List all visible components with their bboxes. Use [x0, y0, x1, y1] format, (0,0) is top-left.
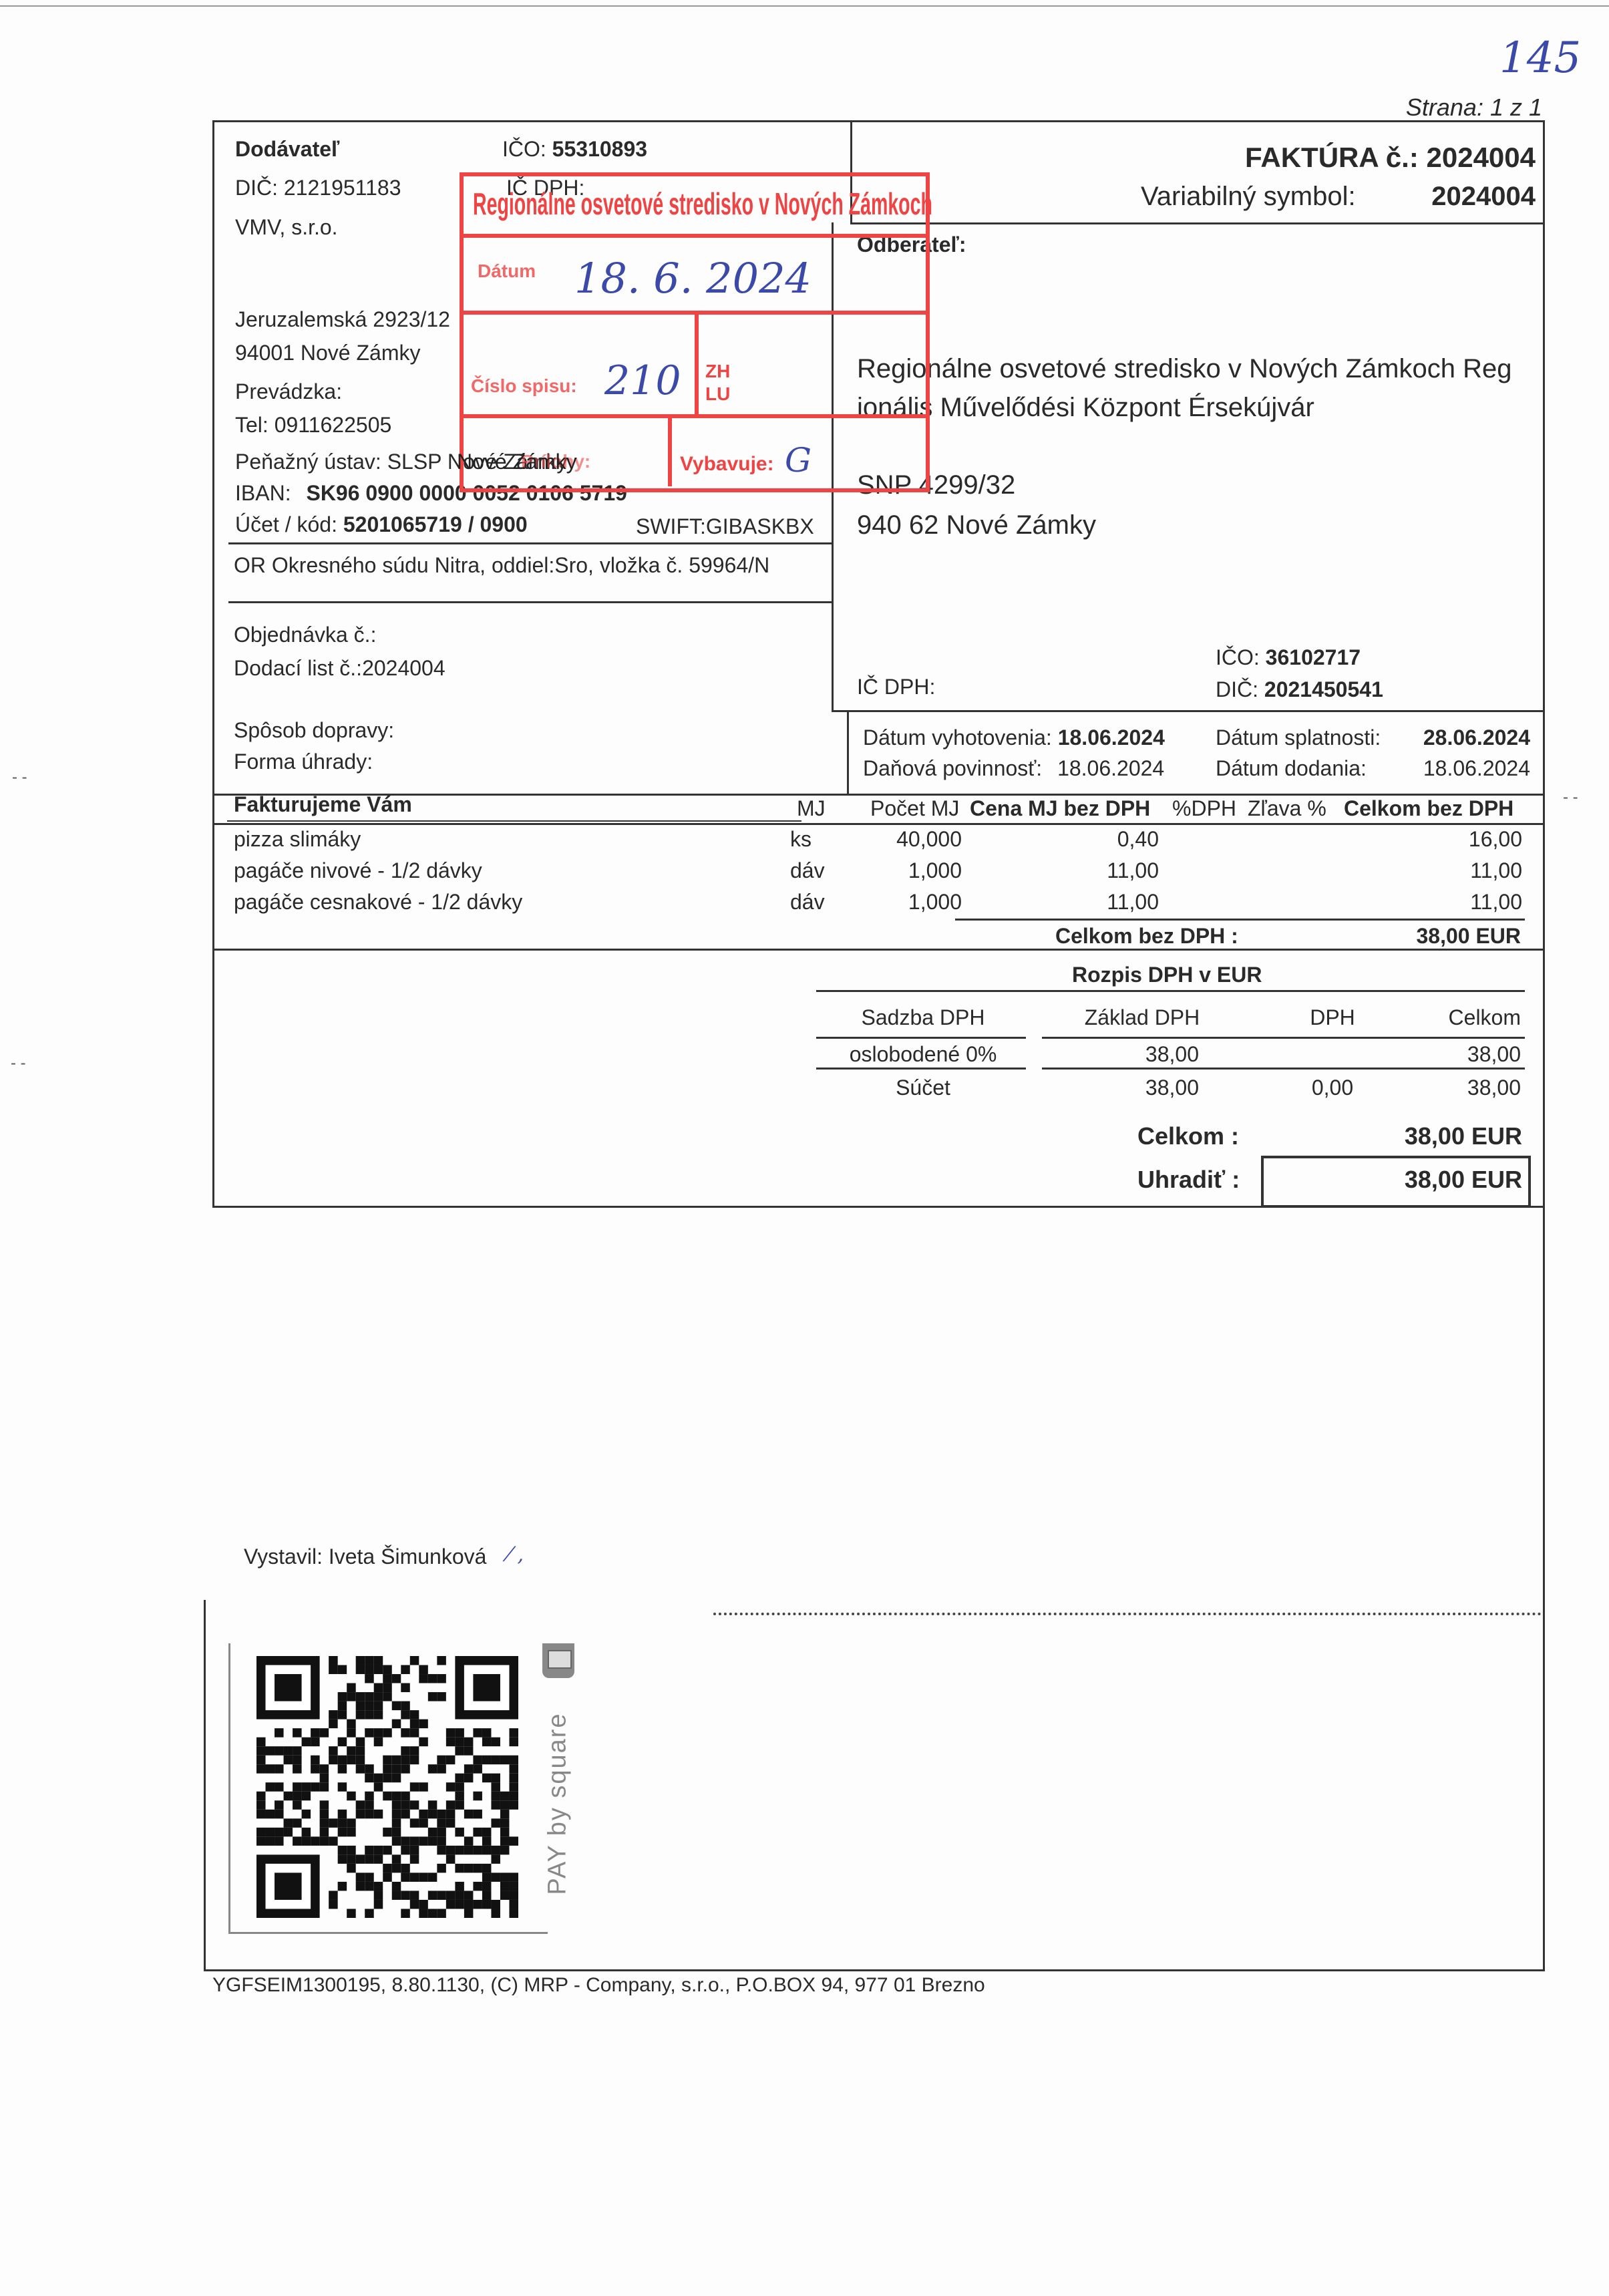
signature-line: [713, 1613, 1542, 1615]
stamp-vline-2: [668, 414, 672, 486]
items-bottom-line: [214, 949, 1545, 951]
stamp-line-1: [460, 234, 926, 238]
vat-header-total: Celkom: [1449, 1005, 1521, 1030]
items-header-discount: Zľava %: [1248, 796, 1326, 821]
header-bottom-line: [850, 222, 1545, 224]
item-description: pagáče nivové - 1/2 dávky: [234, 858, 482, 883]
item-unit-price: 11,00: [1029, 890, 1159, 915]
stamp-code-line2: LU: [705, 383, 730, 405]
frame-bottom: [204, 1969, 1545, 1971]
frame-left: [212, 120, 214, 1208]
variable-symbol-value[interactable]: 2024004: [1431, 182, 1536, 212]
totals-bottom-line: [214, 1206, 1545, 1208]
item-unit-price: 11,00: [1029, 858, 1159, 883]
customer-ico: IČO: 36102717: [1216, 645, 1361, 670]
grand-total-value: 38,00 EUR: [1405, 1122, 1522, 1150]
vat-title-underline: [816, 990, 1525, 992]
date-delivery-label: Dátum dodania:: [1216, 756, 1367, 781]
date-tax: Daňová povinnosť: 18.06.2024: [863, 756, 1164, 781]
customer-ic-dph: IČ DPH:: [857, 675, 935, 699]
item-qty: 1,000: [868, 890, 962, 915]
iban-label: IBAN:: [235, 481, 291, 505]
delivery-note: Dodací list č.:2024004: [234, 656, 445, 681]
stamp-organization: Regionálne osvetové stredisko v Nových Z…: [473, 186, 932, 222]
customer-name-line1: Regionálne osvetové stredisko v Nových Z…: [857, 354, 1511, 384]
vat-header-line-right: [1042, 1037, 1525, 1039]
items-header-vat: %DPH: [1172, 796, 1236, 821]
supplier-street: Jeruzalemská 2923/12: [235, 307, 450, 332]
grand-total-label: Celkom :: [1137, 1122, 1239, 1150]
items-header-unit-price: Cena MJ bez DPH: [970, 796, 1150, 821]
supplier-ico-value: 55310893: [552, 137, 647, 161]
vat-sum-rate: Súčet: [816, 1076, 1030, 1100]
vat-row-line-right: [1042, 1068, 1525, 1070]
subtotal-label: Celkom bez DPH :: [1055, 924, 1238, 949]
customer-dic-label: DIČ:: [1216, 677, 1258, 701]
vat-sum-vat: 0,00: [1282, 1076, 1383, 1100]
supplier-city: 94001 Nové Zámky: [235, 341, 420, 365]
items-top-line: [214, 794, 1545, 796]
customer-ico-value: 36102717: [1266, 645, 1361, 669]
item-description: pagáče cesnakové - 1/2 dávky: [234, 890, 522, 915]
register-bottom-line: [228, 601, 834, 603]
handwritten-page-number: 145: [1499, 33, 1581, 83]
dates-box-left: [847, 710, 849, 796]
items-header-total: Celkom bez DPH: [1344, 796, 1513, 821]
item-unit: dáv: [790, 890, 825, 915]
vat-row-base: 38,00: [1045, 1042, 1199, 1067]
margin-mark: - -: [1563, 788, 1578, 807]
pay-by-square-logo: PAY by square: [544, 1712, 572, 1895]
supplier-dic: DIČ: 2121951183: [235, 176, 401, 200]
stamp-record-label: Číslo spisu:: [471, 375, 577, 397]
items-header-unit: MJ: [797, 796, 826, 821]
stamp-date-label: Dátum: [478, 261, 536, 282]
supplier-name: VMV, s.r.o.: [235, 215, 338, 240]
subtotal-value: 38,00 EUR: [1416, 924, 1521, 949]
stamp-code-line1: ZH: [705, 361, 730, 382]
stamp-record-value: 210: [604, 357, 681, 404]
items-header-qty: Počet MJ: [870, 796, 959, 821]
item-unit: dáv: [790, 858, 825, 883]
scan-edge-line: [0, 5, 1609, 7]
account-value[interactable]: 5201065719 / 0900: [343, 512, 528, 536]
item-description: pizza slimáky: [234, 827, 361, 852]
stamp-handler-label: Vybavuje:: [680, 453, 774, 476]
date-tax-value: 18.06.2024: [1057, 756, 1164, 780]
items-total-line: [955, 919, 1525, 921]
item-total: 11,00: [1470, 858, 1522, 883]
stamp-vline-1: [695, 311, 699, 416]
margin-mark: - -: [12, 768, 27, 787]
issuer-label: Vystavil: Iveta Šimunková: [244, 1544, 486, 1569]
items-header-underline: [214, 823, 1545, 825]
bank-city: Nové Zámky: [457, 450, 577, 474]
customer-box-bottom: [832, 710, 1545, 712]
item-unit: ks: [790, 827, 812, 852]
payment-qr-code[interactable]: [256, 1655, 518, 1919]
item-qty: 40,000: [868, 827, 962, 852]
item-total: 11,00: [1470, 890, 1522, 915]
supplier-heading: Dodávateľ: [235, 137, 339, 162]
customer-dic-value: 2021450541: [1264, 677, 1383, 701]
vat-header-rate: Sadzba DPH: [816, 1005, 1030, 1030]
item-total: 16,00: [1469, 827, 1522, 852]
stamp-date-value: 18. 6. 2024: [574, 254, 812, 303]
frame-left-lower: [204, 1600, 206, 1971]
issuer-signature: ⁄ ,: [508, 1543, 524, 1567]
payment-form: Forma úhrady:: [234, 750, 373, 774]
customer-city: 940 62 Nové Zámky: [857, 510, 1096, 540]
supplier-bank-overlay: Nové Zámky: [457, 450, 577, 474]
margin-mark: - -: [11, 1054, 26, 1073]
stamp-line-2: [460, 311, 926, 315]
date-issued-value: 18.06.2024: [1058, 725, 1165, 750]
vat-row-rate: oslobodené 0%: [816, 1042, 1030, 1067]
stamp-line-3: [460, 414, 926, 418]
transport-method: Spôsob dopravy:: [234, 718, 394, 743]
date-tax-label: Daňová povinnosť:: [863, 756, 1042, 780]
vat-sum-base: 38,00: [1045, 1076, 1199, 1100]
customer-ico-label: IČO:: [1216, 645, 1260, 669]
date-due-label: Dátum splatnosti:: [1216, 725, 1381, 750]
supplier-ico: IČO: 55310893: [502, 137, 647, 162]
software-footer: YGFSEIM1300195, 8.80.1130, (C) MRP - Com…: [212, 1974, 985, 1997]
date-due-value: 28.06.2024: [1423, 725, 1530, 750]
supplier-premises: Prevádzka:: [235, 379, 342, 404]
account-label: Účet / kód:: [235, 512, 337, 536]
items-header-description: Fakturujeme Vám: [234, 792, 412, 817]
item-unit-price: 0,40: [1029, 827, 1159, 852]
date-issued: Dátum vyhotovenia: 18.06.2024: [863, 725, 1165, 750]
supplier-ico-label: IČO:: [502, 137, 546, 161]
vat-row-line-left: [816, 1068, 1026, 1070]
vat-row-total: 38,00: [1467, 1042, 1521, 1067]
amount-due-label: Uhradiť :: [1137, 1166, 1240, 1194]
supplier-register: OR Okresného súdu Nitra, oddiel:Sro, vlo…: [234, 553, 769, 578]
pay-by-square-card-icon: [542, 1643, 574, 1678]
order-number: Objednávka č.:: [234, 623, 376, 647]
vat-header-line-left: [816, 1037, 1026, 1039]
page-indicator: Strana: 1 z 1: [1406, 94, 1542, 122]
vat-header-base: Základ DPH: [1045, 1005, 1239, 1030]
date-delivery-value: 18.06.2024: [1423, 756, 1530, 781]
item-qty: 1,000: [868, 858, 962, 883]
date-issued-label: Dátum vyhotovenia:: [863, 725, 1052, 750]
frame-right: [1543, 120, 1545, 1971]
stamp-handler-value: G: [785, 441, 812, 480]
variable-symbol-label: Variabilný symbol:: [1141, 182, 1356, 212]
supplier-swift: SWIFT:GIBASKBX: [636, 514, 814, 539]
items-header-underline-desc: [227, 820, 801, 822]
vat-sum-total: 38,00: [1467, 1076, 1521, 1100]
supplier-account: Účet / kód: 5201065719 / 0900: [235, 512, 528, 537]
vat-header-vat: DPH: [1282, 1005, 1383, 1030]
vat-breakdown-title: Rozpis DPH v EUR: [1072, 963, 1262, 987]
register-top-line: [228, 542, 834, 544]
supplier-phone: Tel: 0911622505: [235, 413, 391, 438]
amount-due-value: 38,00 EUR: [1405, 1166, 1522, 1194]
customer-dic: DIČ: 2021450541: [1216, 677, 1383, 702]
invoice-title: FAKTÚRA č.: 2024004: [1245, 142, 1536, 174]
frame-top: [214, 120, 1545, 122]
